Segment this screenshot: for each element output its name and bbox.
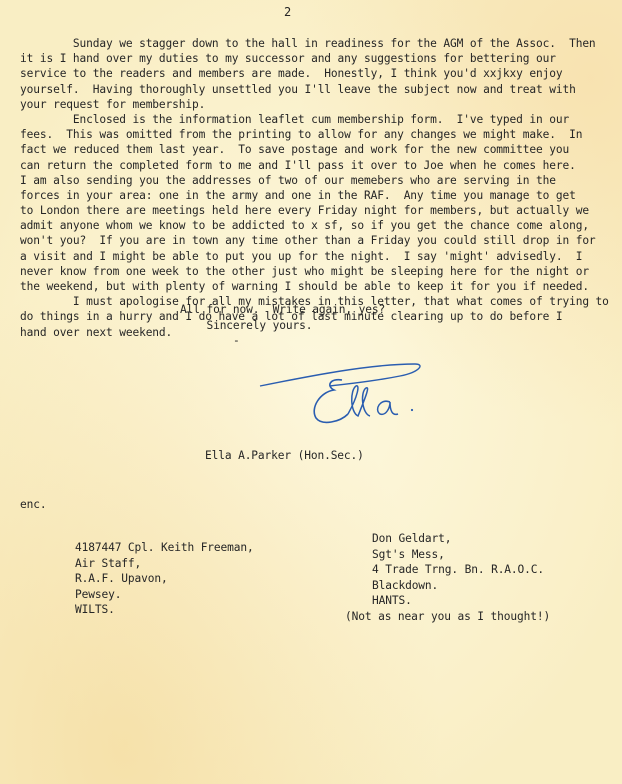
text-line: to London there are meetings held here e… (20, 203, 620, 218)
text-line: can return the completed form to me and … (20, 158, 620, 173)
text-line: admit anyone whom we know to be addicted… (20, 218, 620, 233)
address-line: 4187447 Cpl. Keith Freeman, (75, 540, 254, 556)
page-number: 2 (284, 5, 291, 19)
text-line: service to the readers and members are m… (20, 66, 620, 81)
address-line: Don Geldart, (372, 531, 544, 547)
text-line: yourself. Having thoroughly unsettled yo… (20, 82, 620, 97)
closing: All for now. Write again, yes? Sincerely… (180, 302, 385, 333)
paragraph-membership: Enclosed is the information leaflet cum … (20, 112, 620, 294)
address-line: Air Staff, (75, 556, 254, 572)
text-line: your request for membership. (20, 97, 620, 112)
text-line: forces in your area: one in the army and… (20, 188, 620, 203)
closing-line: All for now. Write again, yes? (180, 302, 385, 318)
enclosure-note: enc. (20, 498, 46, 511)
text-line: it is I hand over my duties to my succes… (20, 51, 620, 66)
letter-page: 2 Sunday we stagger down to the hall in … (0, 0, 622, 784)
letter-body: Sunday we stagger down to the hall in re… (20, 36, 620, 340)
text-line: Enclosed is the information leaflet cum … (20, 112, 620, 127)
address-line: HANTS. (372, 593, 544, 609)
text-line: the weekend, but with plenty of warning … (20, 279, 620, 294)
address-line: Pewsey. (75, 587, 254, 603)
address-line: Sgt's Mess, (372, 547, 544, 563)
address-line: 4 Trade Trng. Bn. R.A.O.C. (372, 562, 544, 578)
signer-name: Ella A.Parker (Hon.Sec.) (205, 449, 364, 462)
address-keith-freeman: 4187447 Cpl. Keith Freeman, Air Staff, R… (75, 540, 254, 618)
text-line: Sunday we stagger down to the hall in re… (20, 36, 620, 51)
closing-line: Sincerely yours. (180, 318, 385, 334)
text-line: I am also sending you the addresses of t… (20, 173, 620, 188)
text-line: fact we reduced them last year. To save … (20, 142, 620, 157)
address-line: R.A.F. Upavon, (75, 571, 254, 587)
text-line: never know from one week to the other ju… (20, 264, 620, 279)
handwritten-signature (250, 356, 450, 436)
aside-note: (Not as near you as I thought!) (345, 610, 550, 623)
address-line: WILTS. (75, 602, 254, 618)
paragraph-agm: Sunday we stagger down to the hall in re… (20, 36, 620, 112)
address-don-geldart: Don Geldart, Sgt's Mess, 4 Trade Trng. B… (372, 531, 544, 609)
text-line: fees. This was omitted from the printing… (20, 127, 620, 142)
address-line: Blackdown. (372, 578, 544, 594)
text-line: a visit and I might be able to put you u… (20, 249, 620, 264)
dash-mark: - (233, 334, 240, 347)
text-line: won't you? If you are in town any time o… (20, 233, 620, 248)
